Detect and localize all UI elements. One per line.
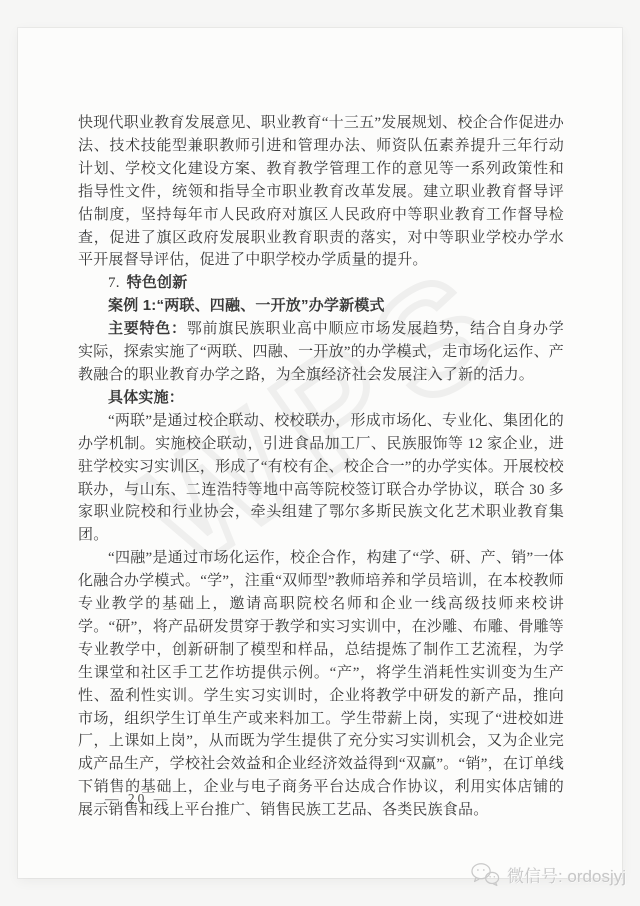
- wechat-watermark: 微信号: ordosjyj: [470, 861, 626, 887]
- document-page: WPS 快现代职业教育发展意见、职业教育“十三五”发展规划、校企合作促进办法、技…: [18, 28, 622, 878]
- page-body-text: 快现代职业教育发展意见、职业教育“十三五”发展规划、校企合作促进办法、技术技能型…: [78, 112, 564, 822]
- features-label: 主要特色：: [108, 320, 187, 337]
- section-number: 7.: [108, 275, 120, 291]
- section-heading: 7.特色创新: [78, 272, 564, 295]
- section-title: 特色创新: [127, 274, 188, 291]
- scanned-document-view: WPS 快现代职业教育发展意见、职业教育“十三五”发展规划、校企合作促进办法、技…: [0, 0, 640, 906]
- wechat-id-text: 微信号: ordosjyj: [507, 862, 626, 887]
- paragraph-sirong: “四融”是通过市场化运作，校企合作，构建了“学、研、产、销”一体化融合办学模式。…: [78, 547, 564, 822]
- paragraph-main-features: 主要特色：鄂前旗民族职业高中顺应市场发展趋势，结合自身办学实际，探索实施了“两联…: [78, 318, 564, 387]
- wechat-icon: [470, 861, 500, 887]
- paragraph-lianglian: “两联”是通过校企联动、校校联办，形成市场化、专业化、集团化的办学机制。实施校企…: [78, 410, 564, 547]
- case-title: 案例 1:“两联、四融、一开放”办学新模式: [78, 295, 564, 318]
- page-number: — 20 —: [105, 791, 170, 807]
- paragraph-policy-continuation: 快现代职业教育发展意见、职业教育“十三五”发展规划、校企合作促进办法、技术技能型…: [78, 112, 564, 272]
- implementation-label: 具体实施：: [78, 387, 564, 410]
